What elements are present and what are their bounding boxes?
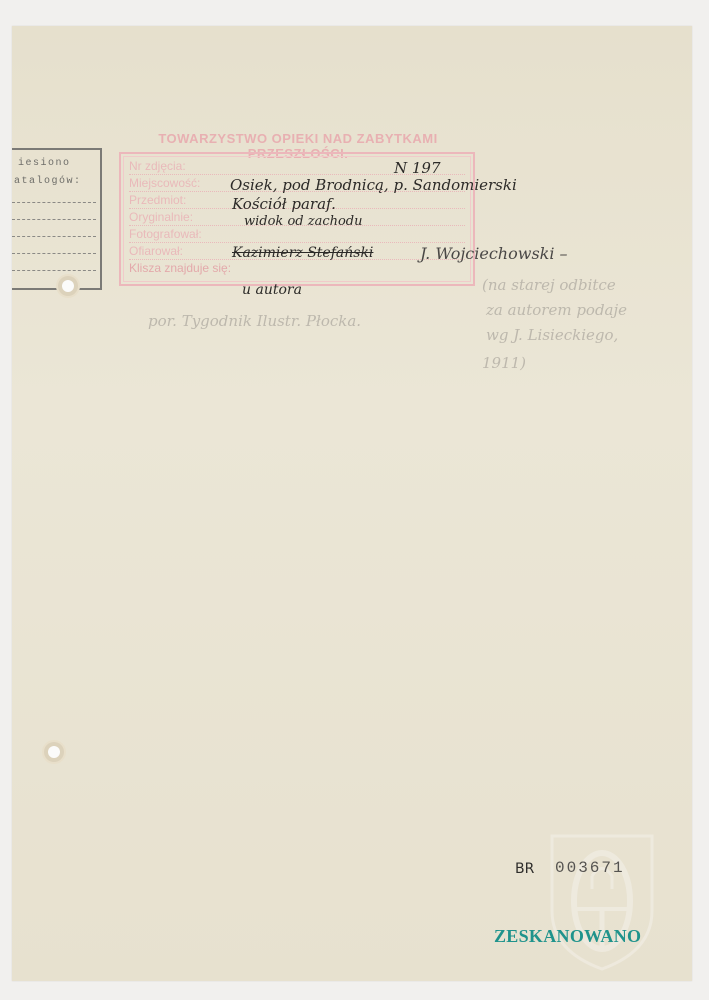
photo-number: N 197 [394, 159, 441, 177]
pencil-note-line: za autorem podaje [486, 301, 627, 319]
pencil-note-line: (na starej odbitce [482, 276, 616, 294]
signature: J. Wojciechowski – [420, 244, 568, 263]
pencil-note-left: por. Tygodnik Ilustr. Płocka. [148, 312, 361, 330]
archive-number: 003671 [555, 859, 625, 877]
stamp-field-label: Nr zdjęcia: [129, 159, 186, 173]
subject-value: Kościół paraf. [232, 195, 336, 213]
punch-hole [48, 746, 60, 758]
catalog-dash-line [12, 219, 96, 220]
library-watermark-icon [547, 831, 657, 971]
pencil-note-line: wg J. Lisieckiego, [486, 326, 618, 344]
catalog-dash-line [12, 253, 96, 254]
archive-prefix: BR [515, 861, 534, 877]
location-value: Osiek, pod Brodnicą, p. Sandomierski [230, 176, 517, 194]
stamp-field-label: Przedmiot: [129, 193, 186, 207]
punch-hole [62, 280, 74, 292]
stamp-field-label: Ofiarował: [129, 244, 183, 258]
view-value: widok od zachodu [244, 214, 363, 229]
document-page: iesiono atalogów: TOWARZYSTWO OPIEKI NAD… [12, 26, 692, 981]
stamp-field-label: Fotografował: [129, 227, 202, 241]
scanned-stamp: ZESKANOWANO [494, 926, 641, 947]
catalog-dash-line [12, 236, 96, 237]
catalog-dash-line [12, 202, 96, 203]
catalog-stamp-line2: atalogów: [14, 176, 82, 187]
negative-location-value: u autora [242, 282, 302, 298]
pencil-note-line: 1911) [482, 354, 526, 372]
photographer-value: Kazimierz Stefański [232, 245, 373, 261]
catalog-stamp-line1: iesiono [18, 158, 71, 169]
stamp-field-label: Oryginalnie: [129, 210, 193, 224]
stamp-field: Klisza znajduje się: [129, 260, 465, 276]
stamp-field-label: Klisza znajduje się: [129, 261, 231, 275]
catalog-stamp: iesiono atalogów: [12, 148, 102, 290]
catalog-dash-line [12, 270, 96, 271]
stamp-field-label: Miejscowość: [129, 176, 200, 190]
